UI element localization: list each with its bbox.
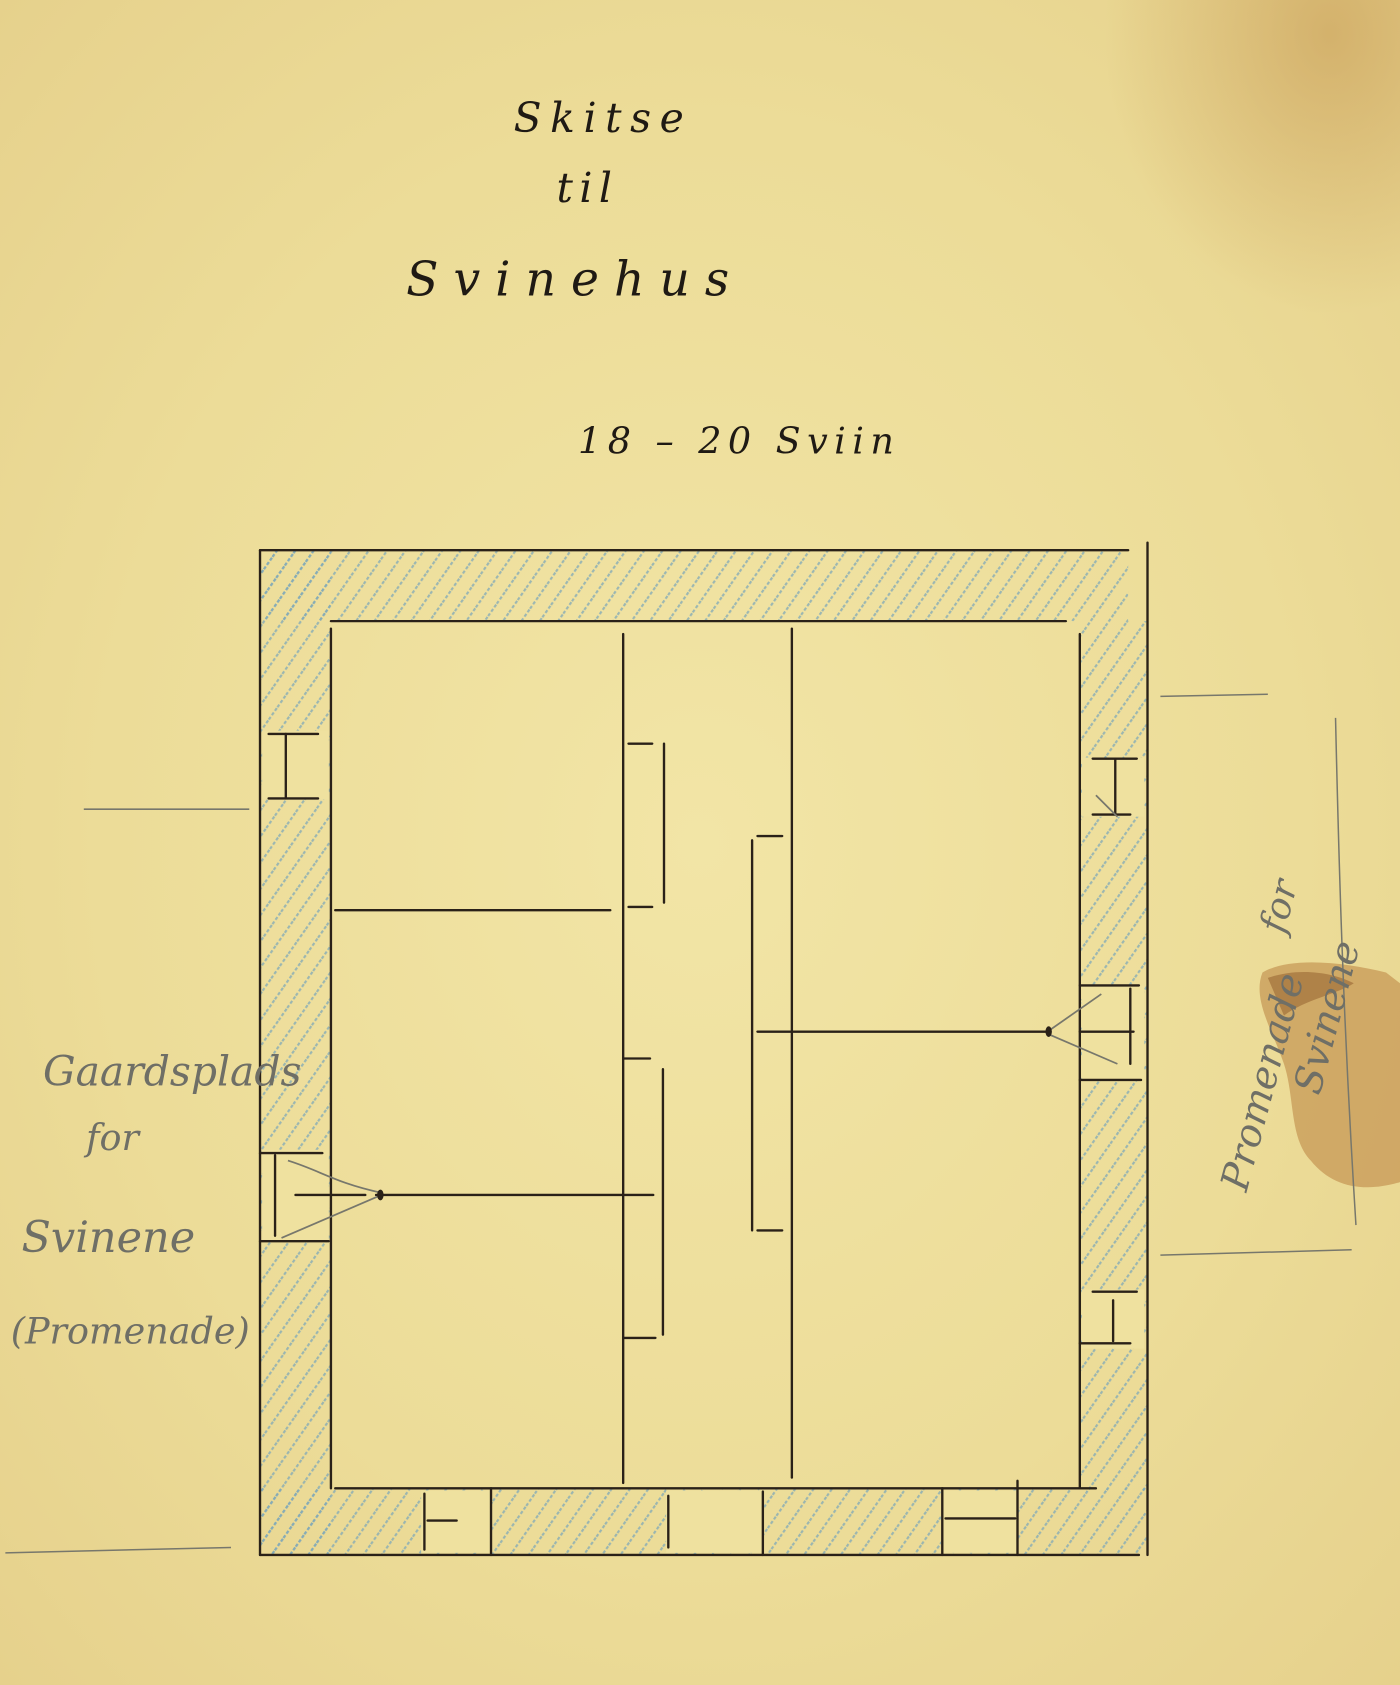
capacity-note: 18 – 20 Sviin xyxy=(578,419,900,462)
left-annotation-line-3: Svinene xyxy=(21,1213,195,1263)
pencil-guide-lines xyxy=(5,694,1356,1553)
floor-plan-drawing: Skitse til Svinehus 18 – 20 Sviin Gaards… xyxy=(0,0,1400,1685)
hinge-marks xyxy=(377,1026,1052,1200)
wall-lines xyxy=(260,543,1147,1555)
title-line-2: til xyxy=(557,164,619,212)
left-annotation: Gaardsplads for Svinene (Promenade) xyxy=(11,1047,302,1352)
left-annotation-line-4: (Promenade) xyxy=(11,1309,250,1352)
left-annotation-line-1: Gaardsplads xyxy=(43,1047,302,1095)
wall-hatching xyxy=(260,550,1146,1555)
title-line-3: Svinehus xyxy=(406,253,744,308)
paper-sheet: Skitse til Svinehus 18 – 20 Sviin Gaards… xyxy=(0,0,1400,1685)
title-block: Skitse til Svinehus 18 – 20 Sviin xyxy=(406,94,900,462)
right-annotation-line-2: for xyxy=(1250,873,1307,941)
title-line-1: Skitse xyxy=(514,94,693,142)
left-annotation-line-2: for xyxy=(83,1116,141,1159)
door-swing-lines xyxy=(282,795,1118,1238)
